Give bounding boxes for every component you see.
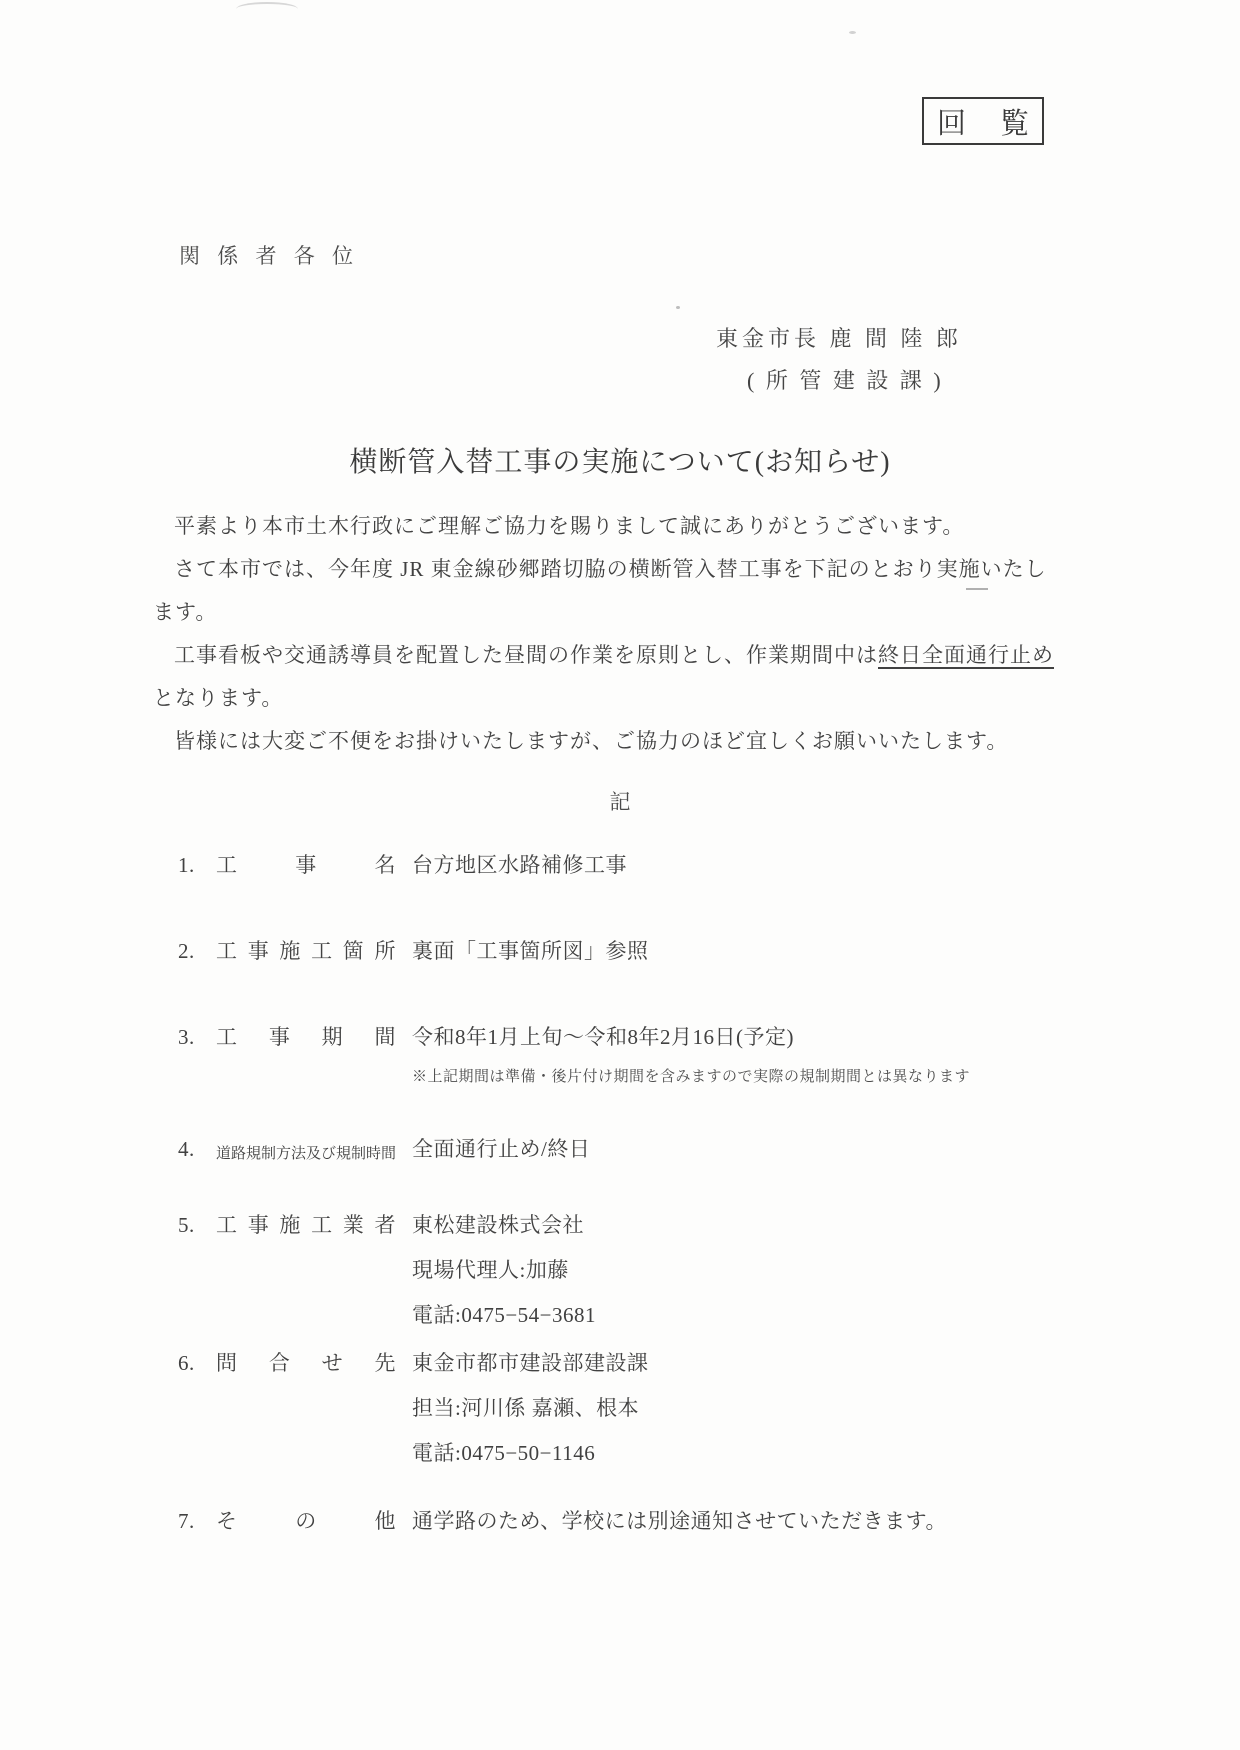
stamp-char: 覧: [1000, 101, 1029, 142]
scanned-notice-page: 回 覧 関 係 者 各 位 東金市長 鹿 間 陸 郎 ( 所 管 建 設 課 )…: [0, 0, 1240, 1750]
item-value: 全面通行止め/終日: [412, 1134, 590, 1164]
item-number: 2.: [178, 936, 216, 966]
body-paragraph-text: ます。: [153, 600, 217, 624]
item-label: 工事施工箇所: [216, 936, 396, 966]
list-item-contractor: 5. 工事施工業者 東松建設株式会社 現場代理人:加藤 電話:0475−54−3…: [178, 1210, 596, 1330]
list-marker-ki: 記: [150, 786, 1090, 816]
item-value: 東金市都市建設部建設課 担当:河川係 嘉瀬、根本 電話:0475−50−1146: [412, 1348, 649, 1468]
item-label: その他: [216, 1506, 396, 1536]
list-item-other: 7. その他 通学路のため、学校には別途通知させていただきます。: [178, 1506, 947, 1536]
sender-name: 東金市長 鹿 間 陸 郎: [716, 322, 962, 353]
item-label: 工事施工業者: [216, 1210, 396, 1240]
stamp-char: 回: [937, 101, 966, 142]
contractor-company: 東松建設株式会社: [412, 1210, 596, 1240]
contact-phone: 電話:0475−50−1146: [412, 1438, 649, 1468]
item-number: 1.: [178, 850, 216, 880]
body-paragraph-text: となります。: [153, 686, 283, 710]
body-paragraph: 平素より本市土木行政にご理解ご協力を賜りまして誠にありがとうございます。: [153, 505, 1095, 548]
item-label: 問合せ先: [216, 1348, 396, 1378]
item-value-main: 令和8年1月上旬〜令和8年2月16日(予定): [412, 1022, 970, 1052]
body-paragraph: 皆様には大変ご不便をお掛けいたしますが、ご協力のほど宜しくお願いいたします。: [153, 720, 1095, 763]
list-item-work-period: 3. 工事期間 令和8年1月上旬〜令和8年2月16日(予定) ※上記期間は準備・…: [178, 1022, 970, 1092]
scan-artifact: [676, 306, 680, 309]
body-paragraph-text: さて本市では、今年度 JR 東金線砂郷踏切脇の横断管入替工事を下記のとおり実施い…: [174, 557, 1047, 581]
item-number: 5.: [178, 1210, 216, 1240]
circulation-stamp-box: 回 覧: [922, 97, 1044, 145]
list-item-work-location: 2. 工事施工箇所 裏面「工事箇所図」参照: [178, 936, 649, 966]
item-value: 裏面「工事箇所図」参照: [412, 936, 649, 966]
period-note: ※上記期間は準備・後片付け期間を含みますので実際の規制期間とは異なります: [412, 1062, 970, 1092]
item-value: 台方地区水路補修工事: [412, 850, 627, 880]
body-paragraph: さて本市では、今年度 JR 東金線砂郷踏切脇の横断管入替工事を下記のとおり実施い…: [153, 548, 1095, 634]
contractor-agent: 現場代理人:加藤: [412, 1255, 596, 1285]
list-item-contact: 6. 問合せ先 東金市都市建設部建設課 担当:河川係 嘉瀬、根本 電話:0475…: [178, 1348, 649, 1468]
recipient-line: 関 係 者 各 位: [179, 240, 359, 270]
item-number: 4.: [178, 1134, 216, 1164]
item-value: 通学路のため、学校には別途通知させていただきます。: [412, 1506, 947, 1536]
scan-artifact: [849, 31, 856, 34]
item-number: 6.: [178, 1348, 216, 1378]
contractor-phone: 電話:0475−54−3681: [412, 1300, 596, 1330]
body-paragraph: 工事看板や交通誘導員を配置した昼間の作業を原則とし、作業期間中は終日全面通行止め…: [153, 634, 1095, 720]
body-text: 平素より本市土木行政にご理解ご協力を賜りまして誠にありがとうございます。 さて本…: [153, 505, 1095, 763]
scan-artifact: [236, 2, 298, 16]
body-paragraph-text: 皆様には大変ご不便をお掛けいたしますが、ご協力のほど宜しくお願いいたします。: [174, 729, 1008, 753]
item-value: 令和8年1月上旬〜令和8年2月16日(予定) ※上記期間は準備・後片付け期間を含…: [412, 1022, 970, 1092]
underlined-closure-text: 終日全面通行止め: [878, 643, 1054, 667]
item-value: 東松建設株式会社 現場代理人:加藤 電話:0475−54−3681: [412, 1210, 596, 1330]
list-item-road-regulation: 4. 道路規制方法及び規制時間 全面通行止め/終日: [178, 1134, 590, 1169]
list-item-project-name: 1. 工事名 台方地区水路補修工事: [178, 850, 627, 880]
body-paragraph-text: 平素より本市土木行政にご理解ご協力を賜りまして誠にありがとうございます。: [174, 514, 964, 538]
contact-department: 東金市都市建設部建設課: [412, 1348, 649, 1378]
item-label: 道路規制方法及び規制時間: [216, 1134, 396, 1169]
body-paragraph-text: 工事看板や交通誘導員を配置した昼間の作業を原則とし、作業期間中は: [174, 643, 878, 667]
sender-division: ( 所 管 建 設 課 ): [747, 364, 944, 395]
contact-persons: 担当:河川係 嘉瀬、根本: [412, 1393, 649, 1423]
item-label: 工事期間: [216, 1022, 396, 1052]
item-label: 工事名: [216, 850, 396, 880]
item-number: 7.: [178, 1506, 216, 1536]
item-number: 3.: [178, 1022, 216, 1052]
document-title: 横断管入替工事の実施について(お知らせ): [150, 440, 1090, 480]
